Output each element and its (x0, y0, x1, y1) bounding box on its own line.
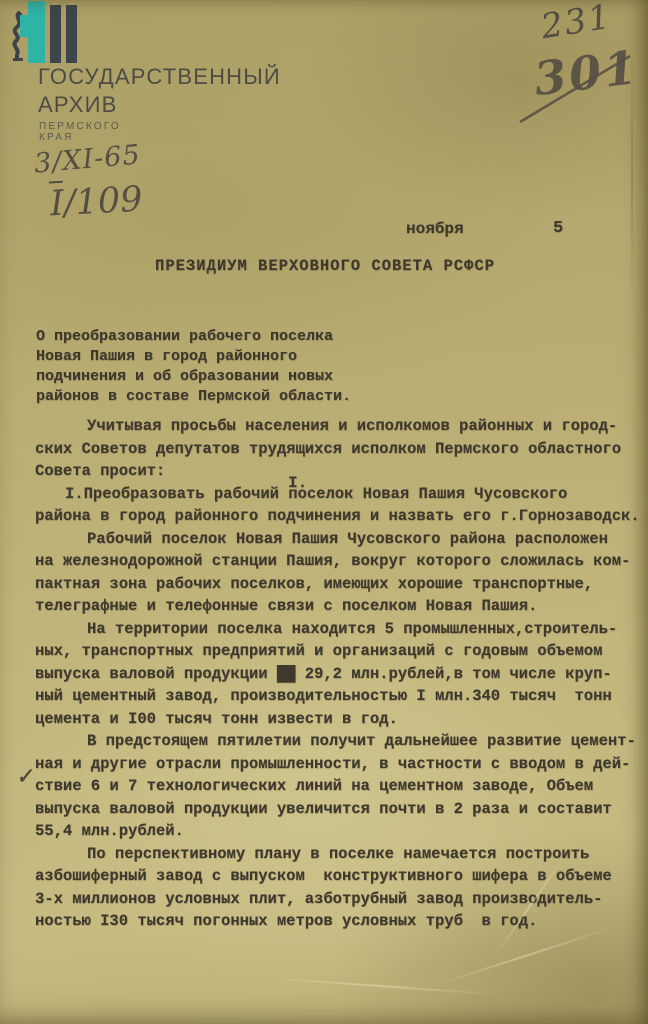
typed-line: на железнодорожной станции Пашия, вокруг… (35, 550, 629, 573)
typed-body: Учитывая просьбы населения и исполкомов … (35, 415, 629, 933)
archive-logo: ГОСУДАРСТВЕННЫЙ АРХИВ ПЕРМСКОГО КРАЯ (8, 0, 82, 64)
typed-day-number: 5 (553, 219, 563, 238)
archive-document-scan: ГОСУДАРСТВЕННЫЙ АРХИВ ПЕРМСКОГО КРАЯ 231… (0, 0, 648, 1024)
archive-name-line2: АРХИВ (38, 92, 118, 118)
archive-name-line1: ГОСУДАРСТВЕННЫЙ (38, 64, 281, 90)
subject-line: районов в составе Пермской области. (36, 387, 351, 407)
paper-crease (434, 926, 615, 987)
typed-line: Рабочий поселок Новая Пашия Чусовского р… (35, 528, 629, 551)
typed-line: цемента и I00 тысяч тонн извести в год. (35, 708, 629, 731)
typed-line: пактная зона рабочих поселков, имеющих х… (35, 573, 629, 596)
typed-line: В предстоящем пятилетии получит дальнейш… (35, 730, 629, 753)
handwritten-crossed-number: 301 (531, 40, 642, 106)
document-title: ПРЕЗИДИУМ ВЕРХОВНОГО СОВЕТА РСФСР (35, 257, 615, 275)
archive-name-line3: ПЕРМСКОГО КРАЯ (39, 121, 121, 143)
typed-line: I.Преобразовать рабочий поселок Новая Па… (35, 483, 629, 506)
margin-checkmark: ✓ (15, 763, 34, 789)
logo-teal-bar (28, 1, 45, 63)
typed-line: Совета просит: (35, 460, 629, 483)
typed-line: ствие 6 и 7 технологических линий на цем… (35, 775, 629, 798)
logo-dark-bar-2 (66, 5, 77, 63)
typed-line: выпуска валовой продукции увеличится поч… (35, 798, 629, 821)
paper-crease (260, 977, 500, 996)
handwritten-date-note: 3/XI-65 (33, 139, 142, 179)
handwritten-page-number: 231 (538, 0, 614, 47)
typed-line: выпуска валовой продукции ██ 29,2 млн.ру… (35, 663, 629, 686)
typed-line: 55,4 млн.рублей. (35, 820, 629, 843)
subject-line: О преобразовании рабочего поселка (36, 327, 351, 347)
subject-line: подчинения и об образовании новых (36, 367, 351, 387)
typed-line: ная и другие отрасли промышленности, в ч… (35, 753, 629, 776)
typed-line: района в город районного подчинения и на… (35, 505, 629, 528)
handwritten-file-note: I/109 (49, 180, 143, 225)
typed-line: На территории поселка находится 5 промыш… (35, 618, 629, 641)
typed-line: телеграфные и телефонные связи с поселко… (35, 595, 629, 618)
typed-line: 3-х миллионов условных плит, азботрубный… (35, 888, 629, 911)
subject-line: Новая Пашия в город районного (36, 347, 351, 367)
archive-logo-mark-icon (8, 0, 82, 64)
logo-dark-bar-1 (50, 5, 61, 63)
typed-line: ских Советов депутатов трудящихся исполк… (35, 438, 629, 461)
typed-line: Учитывая просьбы населения и исполкомов … (35, 415, 629, 438)
file-note-rest: /109 (63, 180, 144, 224)
typed-month: ноября (406, 220, 464, 238)
typed-line: ных, транспортных предприятий и организа… (35, 640, 629, 663)
typed-line: ный цементный завод, производительностью… (35, 685, 629, 708)
typed-line: По перспективному плану в поселке намеча… (35, 843, 629, 866)
typed-line: азбошиферный завод с выпуском конструкти… (35, 865, 629, 888)
subject-block: О преобразовании рабочего поселкаНовая П… (36, 327, 351, 407)
typed-line: ностью I30 тысяч погонных метров условны… (35, 910, 629, 933)
